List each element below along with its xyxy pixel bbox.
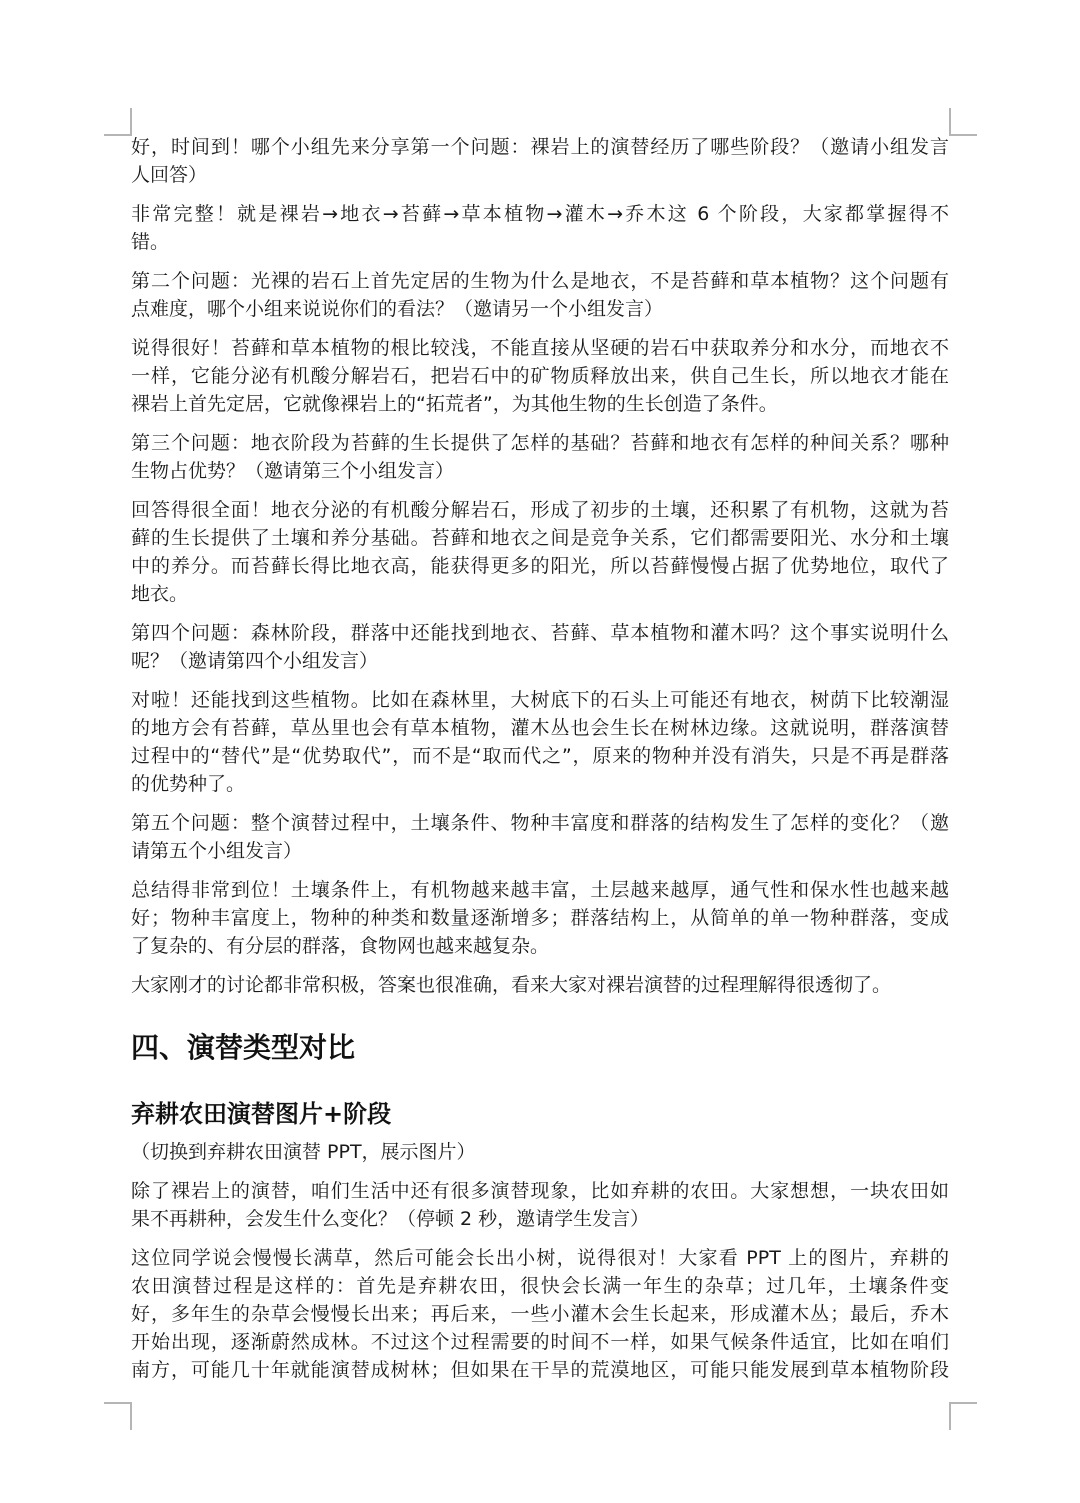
page-corner-mark-bottom-right bbox=[949, 1402, 977, 1430]
text-line: 人回答） bbox=[131, 161, 949, 189]
page-corner-mark-top-left bbox=[104, 108, 132, 136]
paragraph-answer-1: 非常完整！就是裸岩→地衣→苔藓→草本植物→灌木→乔木这 6 个阶段，大家都掌握得… bbox=[131, 200, 949, 256]
text-line: 第三个问题：地衣阶段为苔藓的生长提供了怎样的基础？苔藓和地衣有怎样的种间关系？哪… bbox=[131, 429, 949, 457]
text-line: 呢？（邀请第四个小组发言） bbox=[131, 647, 949, 675]
paragraph-answer-4: 对啦！还能找到这些植物。比如在森林里，大树底下的石头上可能还有地衣，树荫下比较潮… bbox=[131, 686, 949, 798]
text-line: 果不再耕种，会发生什么变化？（停顿 2 秒，邀请学生发言） bbox=[131, 1205, 949, 1233]
text-line: 这位同学说会慢慢长满草，然后可能会长出小树，说得很对！大家看 PPT 上的图片，… bbox=[131, 1244, 949, 1272]
text-line: 总结得非常到位！土壤条件上，有机物越来越丰富，土层越来越厚，通气性和保水性也越来… bbox=[131, 876, 949, 904]
paragraph-question-1: 好，时间到！哪个小组先来分享第一个问题：裸岩上的演替经历了哪些阶段？（邀请小组发… bbox=[131, 133, 949, 189]
text-line: 农田演替过程是这样的：首先是弃耕农田，很快会长满一年生的杂草；过几年，土壤条件变 bbox=[131, 1272, 949, 1300]
paragraph-question-3: 第三个问题：地衣阶段为苔藓的生长提供了怎样的基础？苔藓和地衣有怎样的种间关系？哪… bbox=[131, 429, 949, 485]
paragraph-farmland-intro: 除了裸岩上的演替，咱们生活中还有很多演替现象，比如弃耕的农田。大家想想，一块农田… bbox=[131, 1177, 949, 1233]
text-line: 了复杂的、有分层的群落，食物网也越来越复杂。 bbox=[131, 932, 949, 960]
text-line: 的优势种了。 bbox=[131, 770, 949, 798]
text-line: 说得很好！苔藓和草本植物的根比较浅，不能直接从坚硬的岩石中获取养分和水分，而地衣… bbox=[131, 334, 949, 362]
stage-direction: （切换到弃耕农田演替 PPT，展示图片） bbox=[131, 1138, 949, 1166]
paragraph-answer-3: 回答得很全面！地衣分泌的有机酸分解岩石，形成了初步的土壤，还积累了有机物，这就为… bbox=[131, 496, 949, 608]
document-page: 好，时间到！哪个小组先来分享第一个问题：裸岩上的演替经历了哪些阶段？（邀请小组发… bbox=[0, 0, 1080, 1503]
paragraph-answer-5: 总结得非常到位！土壤条件上，有机物越来越丰富，土层越来越厚，通气性和保水性也越来… bbox=[131, 876, 949, 960]
paragraph-farmland-process: 这位同学说会慢慢长满草，然后可能会长出小树，说得很对！大家看 PPT 上的图片，… bbox=[131, 1244, 949, 1384]
text-line: 非常完整！就是裸岩→地衣→苔藓→草本植物→灌木→乔木这 6 个阶段，大家都掌握得… bbox=[131, 200, 949, 228]
paragraph-answer-2: 说得很好！苔藓和草本植物的根比较浅，不能直接从坚硬的岩石中获取养分和水分，而地衣… bbox=[131, 334, 949, 418]
text-line: 第五个问题：整个演替过程中，土壤条件、物种丰富度和群落的结构发生了怎样的变化？（… bbox=[131, 809, 949, 837]
text-line: 请第五个小组发言） bbox=[131, 837, 949, 865]
text-line: 生物占优势？（邀请第三个小组发言） bbox=[131, 457, 949, 485]
paragraph-summary: 大家刚才的讨论都非常积极，答案也很准确，看来大家对裸岩演替的过程理解得很透彻了。 bbox=[131, 971, 949, 999]
text-line: 对啦！还能找到这些植物。比如在森林里，大树底下的石头上可能还有地衣，树荫下比较潮… bbox=[131, 686, 949, 714]
text-line: 除了裸岩上的演替，咱们生活中还有很多演替现象，比如弃耕的农田。大家想想，一块农田… bbox=[131, 1177, 949, 1205]
text-line: 中的养分。而苔藓长得比地衣高，能获得更多的阳光，所以苔藓慢慢占据了优势地位，取代… bbox=[131, 552, 949, 580]
paragraph-question-5: 第五个问题：整个演替过程中，土壤条件、物种丰富度和群落的结构发生了怎样的变化？（… bbox=[131, 809, 949, 865]
text-line: 南方，可能几十年就能演替成树林；但如果在干旱的荒漠地区，可能只能发展到草本植物阶… bbox=[131, 1356, 949, 1384]
text-line: 第四个问题：森林阶段，群落中还能找到地衣、苔藓、草本植物和灌木吗？这个事实说明什… bbox=[131, 619, 949, 647]
text-line: 大家刚才的讨论都非常积极，答案也很准确，看来大家对裸岩演替的过程理解得很透彻了。 bbox=[131, 971, 949, 999]
text-line: 第二个问题：光裸的岩石上首先定居的生物为什么是地衣，不是苔藓和草本植物？这个问题… bbox=[131, 267, 949, 295]
text-line: 藓的生长提供了土壤和养分基础。苔藓和地衣之间是竞争关系，它们都需要阳光、水分和土… bbox=[131, 524, 949, 552]
section-heading: 四、演替类型对比 bbox=[131, 1028, 949, 1068]
text-line: 开始出现，逐渐蔚然成林。不过这个过程需要的时间不一样，如果气候条件适宜，比如在咱… bbox=[131, 1328, 949, 1356]
paragraph-question-4: 第四个问题：森林阶段，群落中还能找到地衣、苔藓、草本植物和灌木吗？这个事实说明什… bbox=[131, 619, 949, 675]
paragraph-question-2: 第二个问题：光裸的岩石上首先定居的生物为什么是地衣，不是苔藓和草本植物？这个问题… bbox=[131, 267, 949, 323]
text-line: 好；物种丰富度上，物种的种类和数量逐渐增多；群落结构上，从简单的单一物种群落，变… bbox=[131, 904, 949, 932]
text-line: 的地方会有苔藓，草丛里也会有草本植物，灌木丛也会生长在树林边缘。这就说明，群落演… bbox=[131, 714, 949, 742]
text-line: 错。 bbox=[131, 228, 949, 256]
text-line: 过程中的“替代”是“优势取代”，而不是“取而代之”，原来的物种并没有消失，只是不… bbox=[131, 742, 949, 770]
document-body: 好，时间到！哪个小组先来分享第一个问题：裸岩上的演替经历了哪些阶段？（邀请小组发… bbox=[131, 133, 949, 1395]
text-line: 一样，它能分泌有机酸分解岩石，把岩石中的矿物质释放出来，供自己生长，所以地衣才能… bbox=[131, 362, 949, 390]
page-corner-mark-top-right bbox=[949, 108, 977, 136]
page-corner-mark-bottom-left bbox=[104, 1402, 132, 1430]
text-line: 好，多年生的杂草会慢慢长出来；再后来，一些小灌木会生长起来，形成灌木丛；最后，乔… bbox=[131, 1300, 949, 1328]
subsection-heading: 弃耕农田演替图片+阶段 bbox=[131, 1096, 949, 1132]
text-line: 回答得很全面！地衣分泌的有机酸分解岩石，形成了初步的土壤，还积累了有机物，这就为… bbox=[131, 496, 949, 524]
text-line: 点难度，哪个小组来说说你们的看法？（邀请另一个小组发言） bbox=[131, 295, 949, 323]
text-line: 好，时间到！哪个小组先来分享第一个问题：裸岩上的演替经历了哪些阶段？（邀请小组发… bbox=[131, 133, 949, 161]
text-line: 裸岩上首先定居，它就像裸岩上的“拓荒者”，为其他生物的生长创造了条件。 bbox=[131, 390, 949, 418]
text-line: 地衣。 bbox=[131, 580, 949, 608]
